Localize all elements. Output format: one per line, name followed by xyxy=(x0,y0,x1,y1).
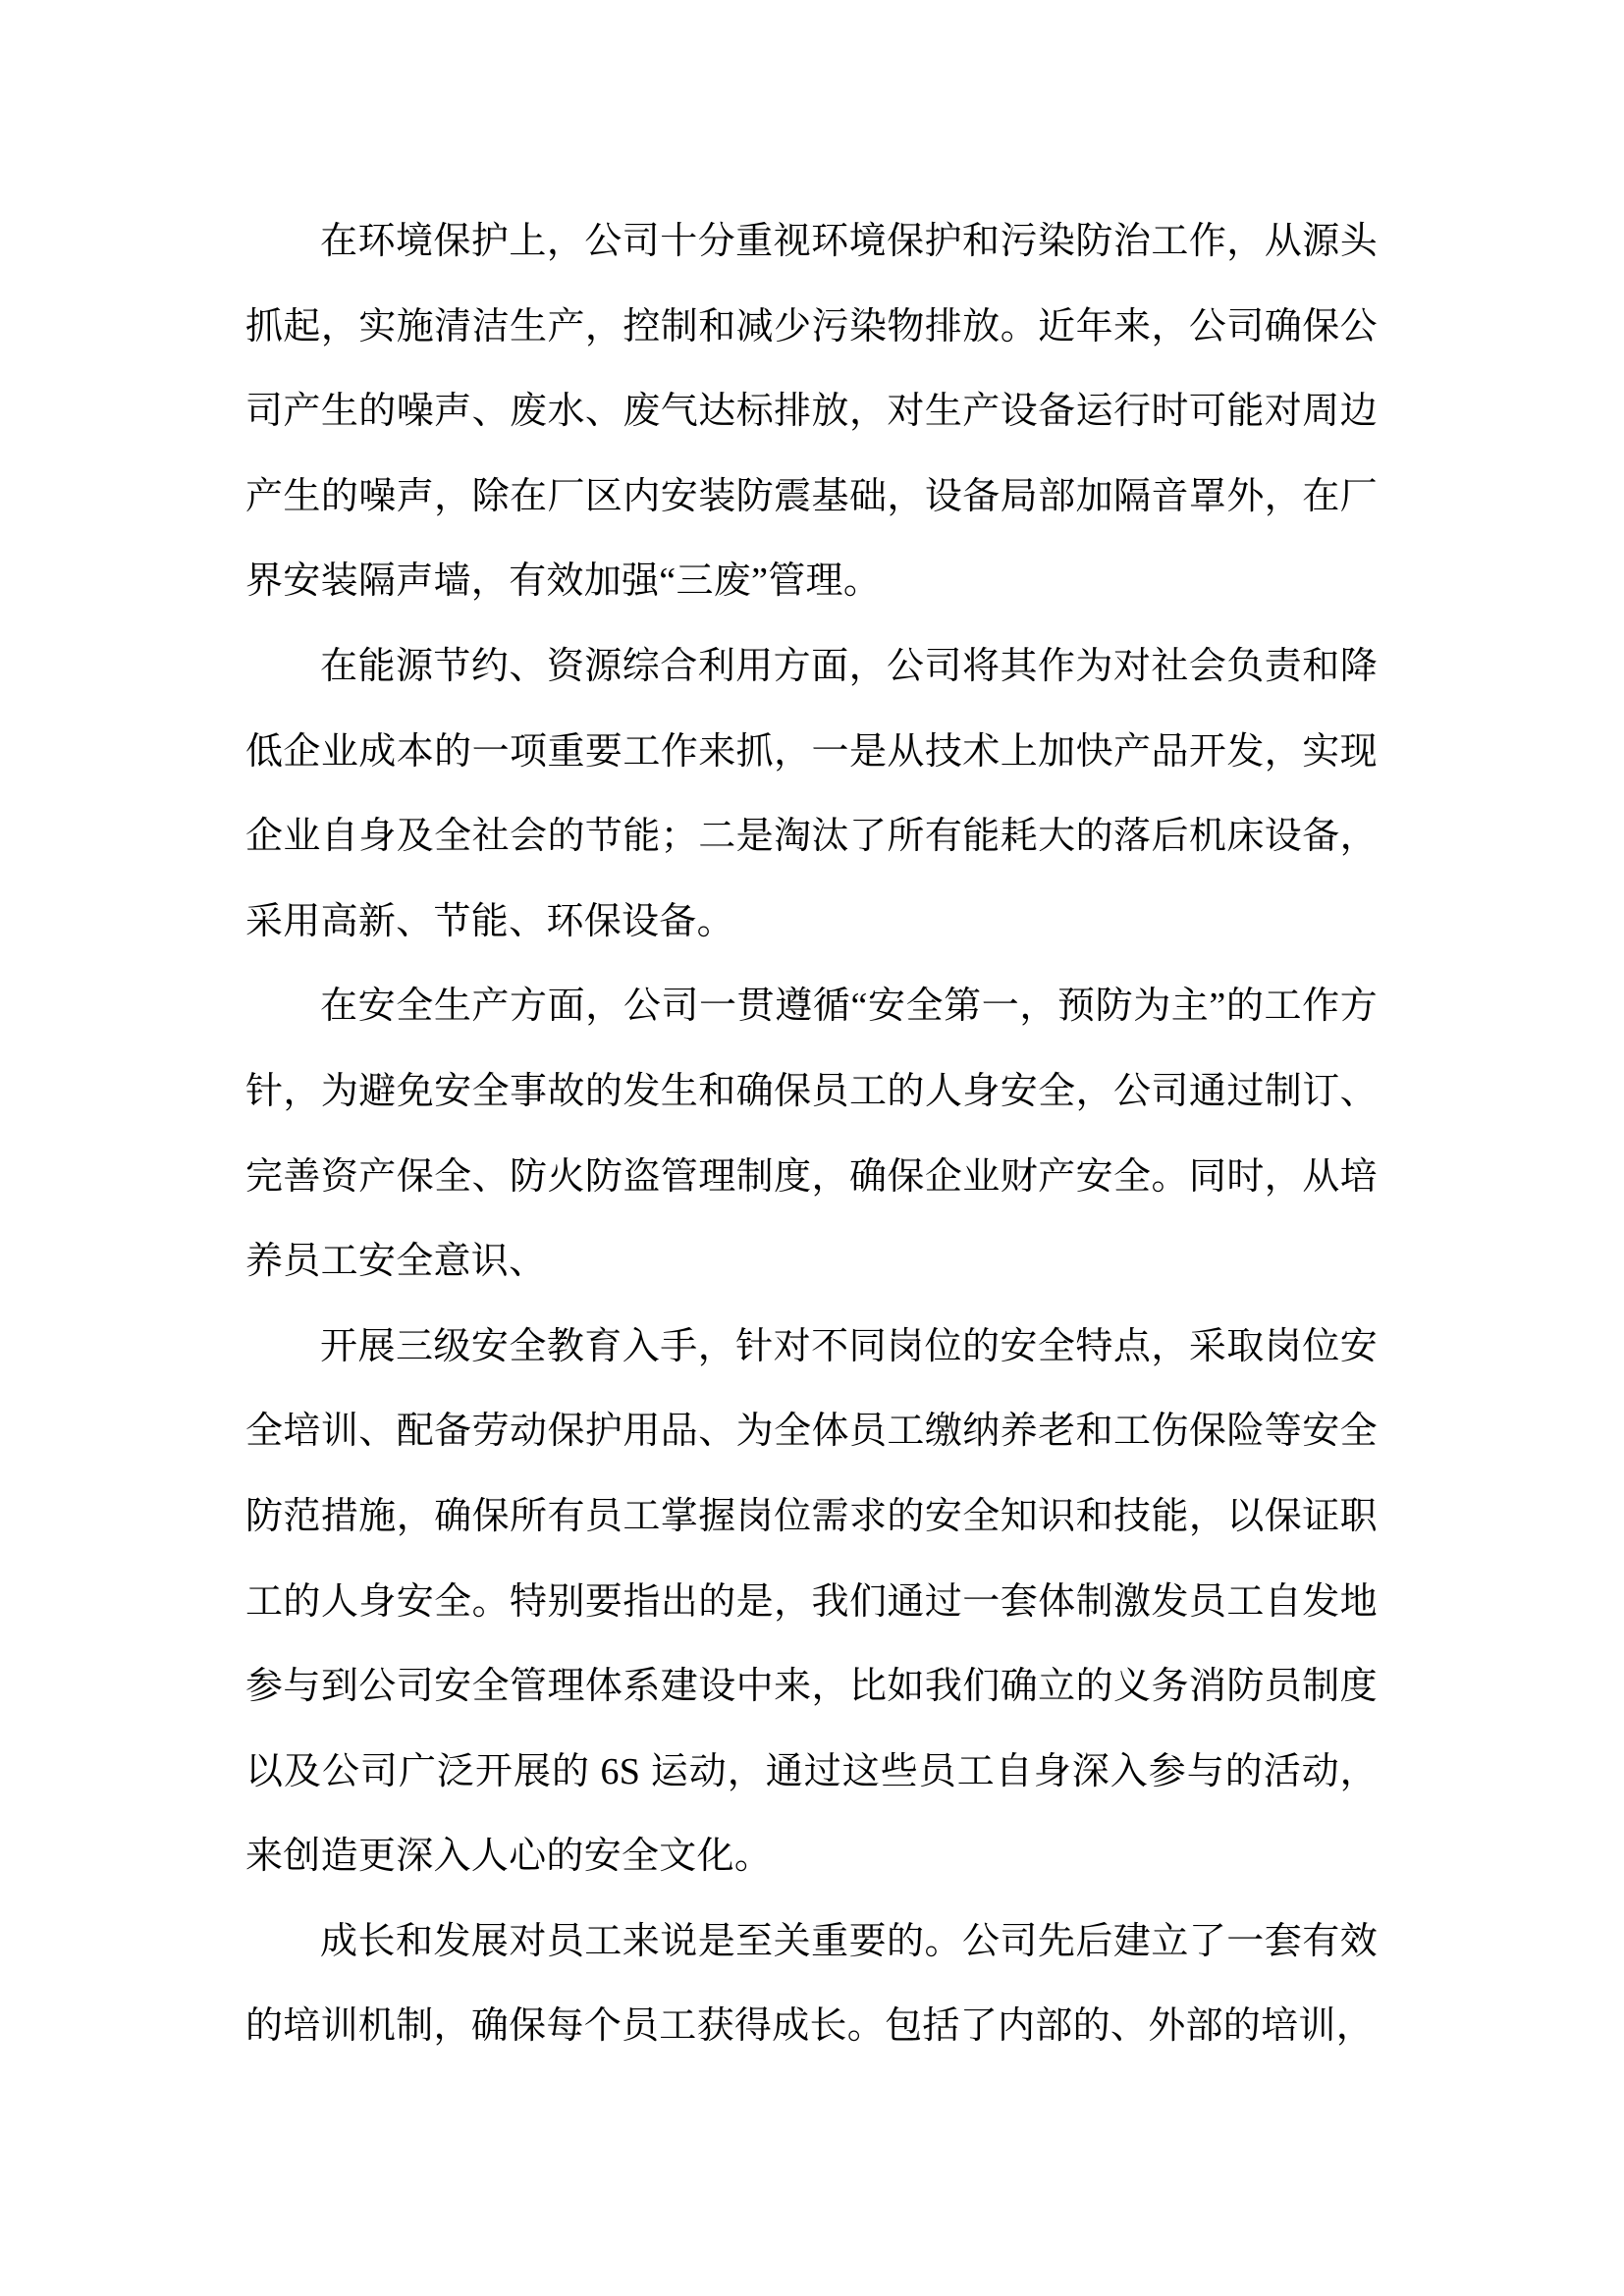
document-page: 在环境保护上，公司十分重视环境保护和污染防治工作，从源头抓起，实施清洁生产，控制… xyxy=(0,0,1624,2296)
paragraph-safety-education: 开展三级安全教育入手，针对不同岗位的安全特点，采取岗位安全培训、配备劳动保护用品… xyxy=(245,1305,1378,1899)
paragraph-environment-protection: 在环境保护上，公司十分重视环境保护和污染防治工作，从源头抓起，实施清洁生产，控制… xyxy=(245,199,1378,624)
paragraph-employee-growth: 成长和发展对员工来说是至关重要的。公司先后建立了一套有效的培训机制，确保每个员工… xyxy=(245,1899,1378,2069)
paragraph-energy-saving: 在能源节约、资源综合利用方面，公司将其作为对社会负责和降低企业成本的一项重要工作… xyxy=(245,624,1378,964)
paragraph-safety-production: 在安全生产方面，公司一贯遵循“安全第一，预防为主”的工作方针，为避免安全事故的发… xyxy=(245,964,1378,1304)
document-body: 在环境保护上，公司十分重视环境保护和污染防治工作，从源头抓起，实施清洁生产，控制… xyxy=(245,199,1378,2069)
